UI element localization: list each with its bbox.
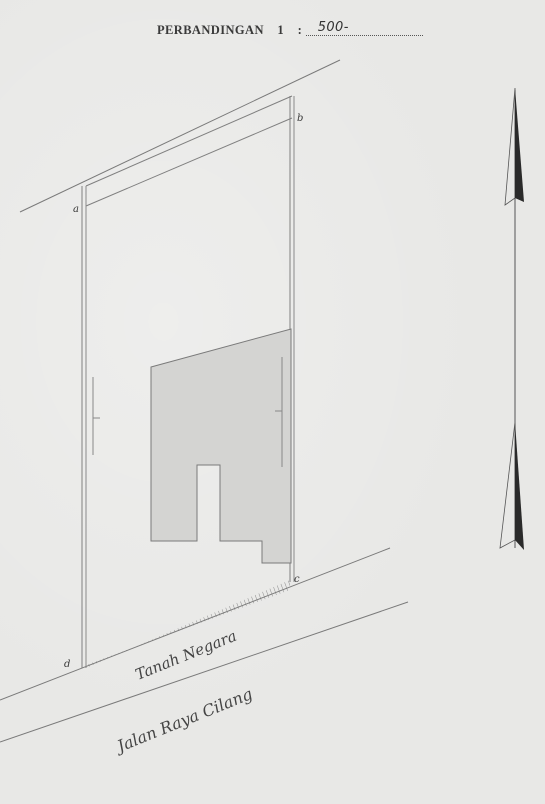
state-land-label: Tanah Negara: [133, 627, 239, 684]
road-edge-upper: [0, 548, 390, 700]
corner-label-c: c: [294, 574, 300, 585]
top-boundary-line: [20, 60, 340, 212]
site-plan-drawing: a b c d Tanah Negara Jalan Raya Cilang: [0, 0, 545, 804]
corner-label-d: d: [64, 659, 70, 670]
corner-label-b: b: [297, 113, 303, 124]
building-footprint: [151, 329, 291, 563]
corner-label-a: a: [73, 204, 79, 215]
parcel-outer-top-line: [86, 96, 292, 186]
north-arrow-icon: [500, 88, 524, 550]
scanned-document-page: PERBANDINGAN 1 : 500-: [0, 0, 545, 804]
road-name-label: Jalan Raya Cilang: [112, 684, 256, 757]
